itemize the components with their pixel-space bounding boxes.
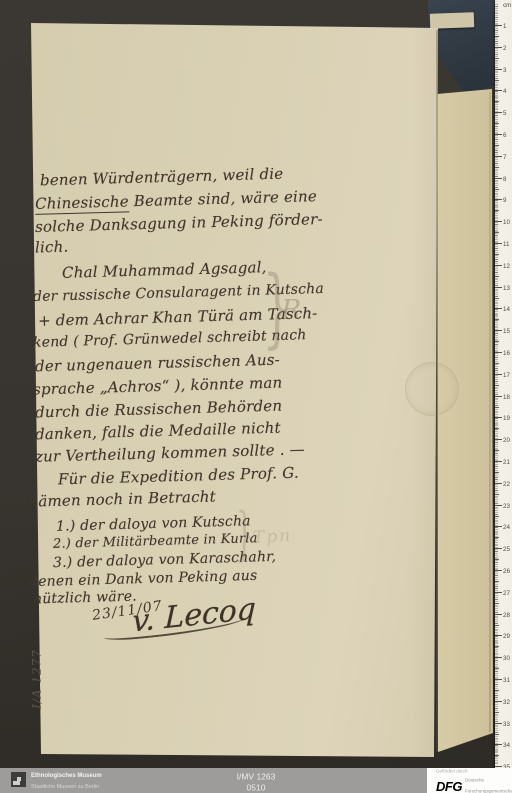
- ruler-half-tick: [495, 232, 499, 233]
- ruler-cm-label: 20: [503, 437, 510, 444]
- ruler-cm-tick: [495, 483, 502, 484]
- ruler-cm-tick: [495, 69, 502, 70]
- ruler-cm-tick: [495, 330, 502, 331]
- ruler-cm-label: 25: [503, 546, 510, 553]
- ruler-half-tick: [495, 494, 499, 495]
- ruler-cm-tick: [495, 265, 502, 266]
- ruler-cm-label: 29: [503, 633, 510, 640]
- ruler-cm-tick: [495, 243, 502, 244]
- paper-tab: [430, 12, 474, 29]
- ruler-cm-label: 27: [503, 590, 510, 597]
- ruler-cm-tick: [495, 723, 502, 724]
- ruler-cm-label: 24: [503, 524, 510, 531]
- ruler-cm-tick: [495, 221, 502, 222]
- ruler-cm-label: 33: [503, 721, 510, 728]
- ruler-cm-tick: [495, 570, 502, 571]
- ruler-cm-tick: [495, 199, 502, 200]
- ruler-cm-tick: [495, 679, 502, 680]
- funder-note: Gefördert durch: [436, 769, 468, 774]
- pencil-scribble: Tpn: [252, 526, 292, 549]
- ruler-half-tick: [495, 625, 499, 626]
- ruler-cm-label: 2: [503, 45, 506, 52]
- ruler-half-tick: [495, 516, 499, 517]
- ruler-half-tick: [495, 581, 499, 582]
- ruler-cm-label: 5: [503, 110, 506, 117]
- ruler-half-tick: [495, 646, 499, 647]
- ruler-cm-label: 23: [503, 503, 510, 510]
- ruler-half-tick: [495, 123, 499, 124]
- ruler-cm-label: 30: [503, 655, 510, 662]
- ruler-cm-label: 31: [503, 677, 510, 684]
- ruler-half-tick: [495, 276, 499, 277]
- scan-page: benen Würdenträgern, weil dieChinesische…: [0, 0, 512, 793]
- ruler-unit-label: cm: [503, 2, 511, 9]
- ruler-half-tick: [495, 559, 499, 560]
- ruler-cm-tick: [495, 526, 502, 527]
- ruler-cm-label: 26: [503, 568, 510, 575]
- ruler-cm-label: 12: [503, 263, 510, 270]
- document-reference: I/MV 1263 0510: [38, 773, 473, 793]
- ruler-half-tick: [495, 668, 499, 669]
- ruler-cm-label: 32: [503, 699, 510, 706]
- funder-name-line1: Deutsche: [465, 778, 512, 783]
- ruler-cm-tick: [495, 134, 502, 135]
- ruler-cm-tick: [495, 374, 502, 375]
- ruler-half-tick: [495, 319, 499, 320]
- ruler-half-tick: [495, 210, 499, 211]
- ruler-cm-tick: [495, 90, 502, 91]
- ruler-cm-label: 13: [503, 285, 510, 292]
- ruler-cm-tick: [495, 461, 502, 462]
- ruler-cm-label: 28: [503, 612, 510, 619]
- ruler-cm-label: 4: [503, 88, 506, 95]
- ruler-half-tick: [495, 298, 499, 299]
- ruler-cm-label: 18: [503, 394, 510, 401]
- ruler-cm-tick: [495, 287, 502, 288]
- ruler-half-tick: [495, 80, 499, 81]
- ruler-cm-label: 8: [503, 176, 506, 183]
- ruler-half-tick: [495, 145, 499, 146]
- ruler-cm-label: 7: [503, 154, 506, 161]
- ruler-half-tick: [495, 167, 499, 168]
- dfg-logo: Gefördert durch DFG Deutsche Forschungsg…: [427, 768, 512, 793]
- page-edge-line: [489, 92, 491, 732]
- ruler-cm-label: 10: [503, 219, 510, 226]
- ruler-half-tick: [495, 189, 499, 190]
- ruler-cm-tick: [495, 505, 502, 506]
- ruler-cm-tick: [495, 548, 502, 549]
- ruler-cm-label: 15: [503, 328, 510, 335]
- ruler-half-tick: [495, 690, 499, 691]
- embossed-seal: [405, 362, 459, 416]
- ruler-cm-label: 9: [503, 197, 506, 204]
- ruler-cm-label: 21: [503, 459, 510, 466]
- margin-archive-number: I/A 1277: [30, 634, 44, 724]
- page-number: 0510: [38, 784, 473, 793]
- ruler-cm-tick: [495, 417, 502, 418]
- ruler-half-tick: [495, 734, 499, 735]
- funder-name: Deutsche Forschungsgemeinschaft: [465, 775, 512, 793]
- ruler-cm-tick: [495, 156, 502, 157]
- ruler: cm 1234567891011121314151617181920212223…: [495, 0, 512, 768]
- ruler-half-tick: [495, 385, 499, 386]
- ruler-half-tick: [495, 537, 499, 538]
- ruler-cm-tick: [495, 657, 502, 658]
- ruler-half-tick: [495, 407, 499, 408]
- ruler-cm-label: 22: [503, 481, 510, 488]
- pencil-brace-mark-lower: }: [234, 499, 254, 569]
- ruler-cm-label: 17: [503, 372, 510, 379]
- ruler-cm-tick: [495, 744, 502, 745]
- ruler-half-tick: [495, 472, 499, 473]
- ruler-half-tick: [495, 101, 499, 102]
- ruler-half-tick: [495, 428, 499, 429]
- funder-abbr: DFG: [436, 779, 462, 793]
- ruler-cm-tick: [495, 396, 502, 397]
- ruler-cm-label: 34: [503, 742, 510, 749]
- ruler-half-tick: [495, 58, 499, 59]
- ruler-cm-tick: [495, 25, 502, 26]
- archive-footer: Ethnologisches Museum Staatliche Museen …: [0, 768, 512, 793]
- ruler-half-tick: [495, 712, 499, 713]
- ruler-cm-label: 16: [503, 350, 510, 357]
- ruler-cm-tick: [495, 614, 502, 615]
- ruler-half-tick: [495, 363, 499, 364]
- ruler-cm-label: 6: [503, 132, 506, 139]
- ruler-cm-tick: [495, 352, 502, 353]
- manuscript-line: lich.: [35, 238, 69, 257]
- ruler-cm-tick: [495, 635, 502, 636]
- ruler-half-tick: [495, 341, 499, 342]
- ruler-cm-label: 1: [503, 23, 506, 30]
- ruler-cm-label: 3: [503, 67, 506, 74]
- pencil-registrar-initial: R: [281, 295, 301, 326]
- ruler-half-tick: [495, 755, 499, 756]
- ruler-half-tick: [495, 36, 499, 37]
- ruler-cm-tick: [495, 112, 502, 113]
- ruler-half-tick: [495, 254, 499, 255]
- ruler-cm-tick: [495, 178, 502, 179]
- ruler-cm-tick: [495, 308, 502, 309]
- ruler-cm-tick: [495, 439, 502, 440]
- ruler-half-tick: [495, 450, 499, 451]
- museum-logo: [11, 772, 26, 787]
- ruler-cm-label: 11: [503, 241, 509, 248]
- ruler-cm-label: 19: [503, 415, 510, 422]
- ruler-cm-tick: [495, 592, 502, 593]
- ruler-cm-label: 14: [503, 306, 510, 313]
- ruler-half-tick: [495, 603, 499, 604]
- reference-id: I/MV 1263: [38, 773, 473, 784]
- ruler-cm-tick: [495, 47, 502, 48]
- funder-name-line2: Forschungsgemeinschaft: [465, 789, 512, 793]
- ruler-cm-tick: [495, 701, 502, 702]
